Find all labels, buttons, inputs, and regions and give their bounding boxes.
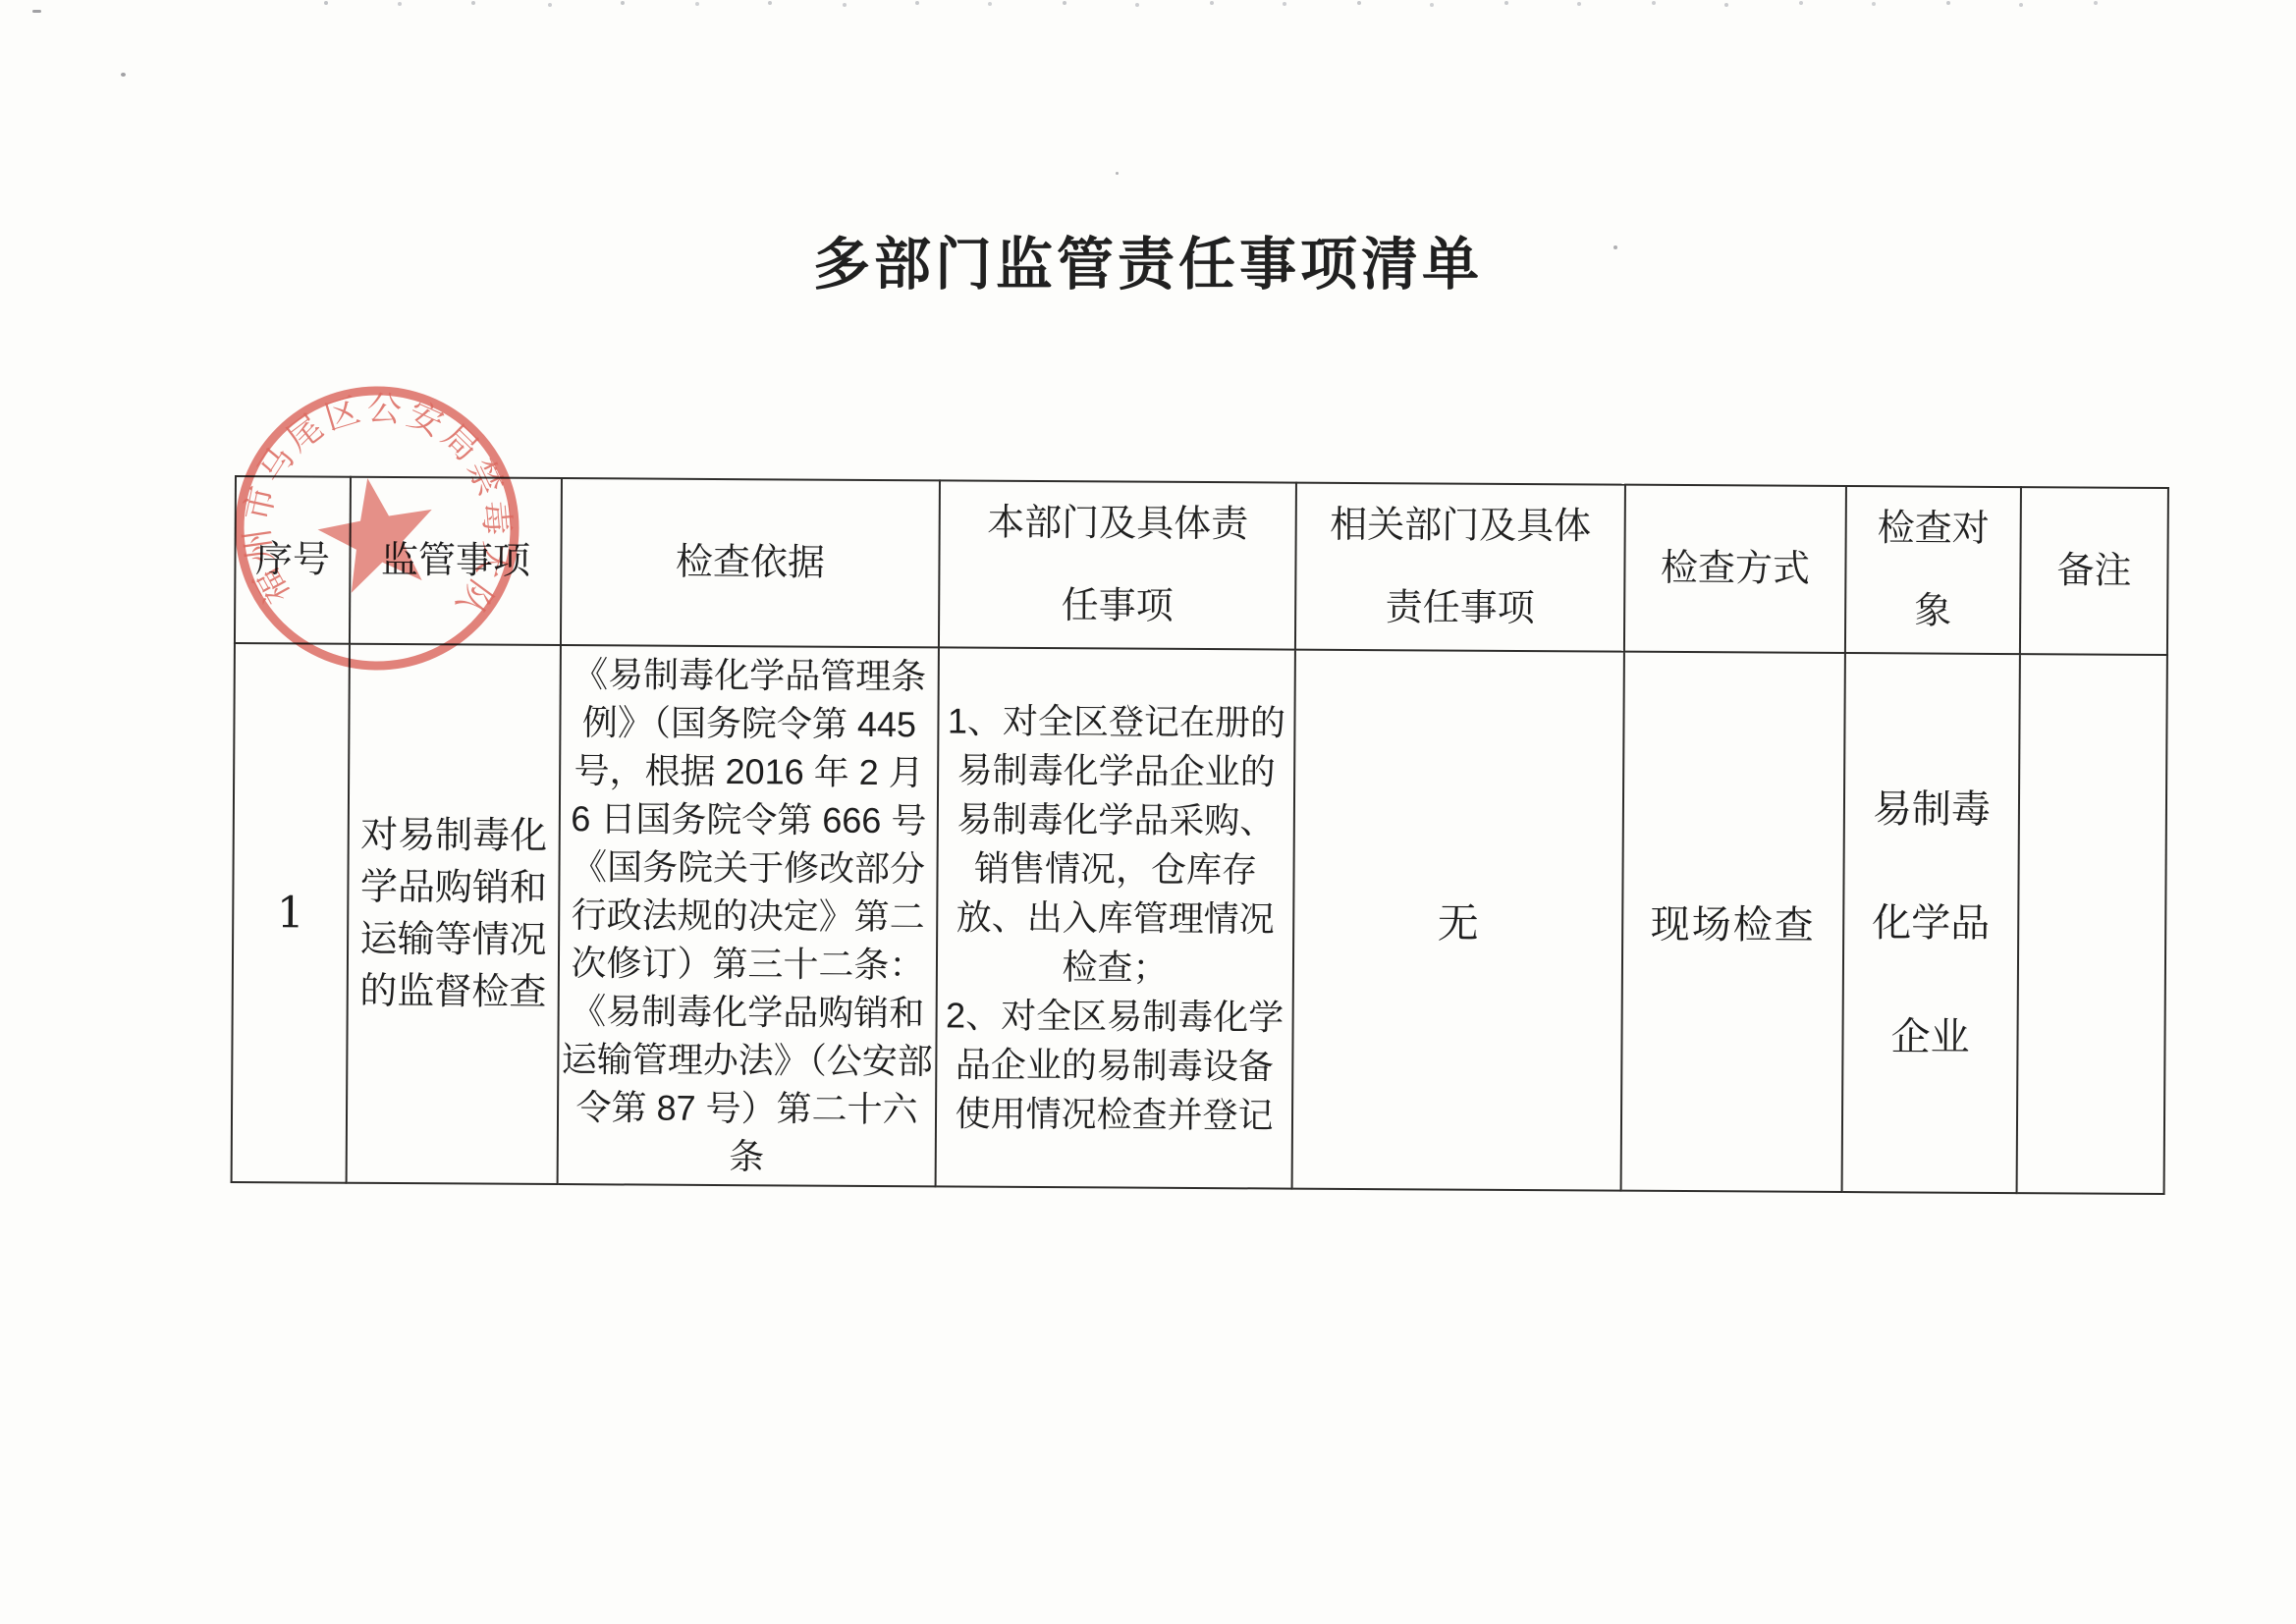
table-header-row: 序号 监管事项 检查依据 本部门及具体责 任事项 相关部门及具体 责任事项 检查… bbox=[235, 476, 2168, 655]
cell-own-department-duty: 1、对全区登记在册的易制毒化学品企业的易制毒化学品采购、销售情况，仓库存放、出入… bbox=[936, 647, 1295, 1188]
cell-inspection-target: 易制毒 化学品 企业 bbox=[1842, 653, 2020, 1193]
header-seq: 序号 bbox=[235, 476, 351, 644]
cell-inspection-method: 现场检查 bbox=[1621, 652, 1845, 1192]
header-own-department-duty-label: 本部门及具体责 任事项 bbox=[987, 503, 1248, 627]
header-supervision-matter: 监管事项 bbox=[350, 477, 562, 645]
header-related-department-duty-label: 相关部门及具体 责任事项 bbox=[1330, 505, 1591, 629]
header-seq-label: 序号 bbox=[255, 539, 330, 580]
page-title: 多部门监管责任事项清单 bbox=[0, 218, 2296, 300]
header-inspection-target: 检查对 象 bbox=[1845, 486, 2021, 654]
header-inspection-basis: 检查依据 bbox=[561, 478, 940, 647]
table-row: 1 对易制毒化学品购销和运输等情况的监督检查 《易制毒化学品管理条例》（国务院令… bbox=[232, 643, 2167, 1194]
scan-noise-speck bbox=[1116, 172, 1119, 175]
cell-seq: 1 bbox=[232, 643, 350, 1183]
cell-remark bbox=[2017, 654, 2167, 1194]
responsibility-table: 序号 监管事项 检查依据 本部门及具体责 任事项 相关部门及具体 责任事项 检查… bbox=[231, 475, 2169, 1195]
header-remark: 备注 bbox=[2020, 487, 2168, 655]
scan-noise-dots bbox=[324, 1, 328, 5]
header-remark-label: 备注 bbox=[2056, 550, 2131, 591]
header-related-department-duty: 相关部门及具体 责任事项 bbox=[1295, 483, 1625, 652]
cell-supervision-matter: 对易制毒化学品购销和运输等情况的监督检查 bbox=[347, 644, 561, 1184]
cell-inspection-basis: 《易制毒化学品管理条例》（国务院令第 445 号，根据 2016 年 2 月 6… bbox=[558, 645, 939, 1186]
scanned-document-page: { "page": { "title": "多部门监管责任事项清单" }, "s… bbox=[0, 0, 2296, 1624]
header-own-department-duty: 本部门及具体责 任事项 bbox=[939, 480, 1296, 649]
header-inspection-basis-label: 检查依据 bbox=[676, 542, 825, 584]
header-supervision-matter-label: 监管事项 bbox=[381, 540, 530, 582]
header-inspection-method: 检查方式 bbox=[1624, 485, 1846, 653]
responsibility-table-wrapper: 序号 监管事项 检查依据 本部门及具体责 任事项 相关部门及具体 责任事项 检查… bbox=[231, 475, 2169, 1195]
cell-related-department-duty: 无 bbox=[1292, 650, 1624, 1191]
scan-noise-speck bbox=[121, 73, 126, 77]
cell-supervision-matter-text: 对易制毒化学品购销和运输等情况的监督检查 bbox=[355, 809, 552, 1018]
scan-noise-speck bbox=[32, 10, 41, 13]
header-inspection-target-label: 检查对 象 bbox=[1878, 508, 1990, 631]
header-inspection-method-label: 检查方式 bbox=[1661, 548, 1810, 590]
